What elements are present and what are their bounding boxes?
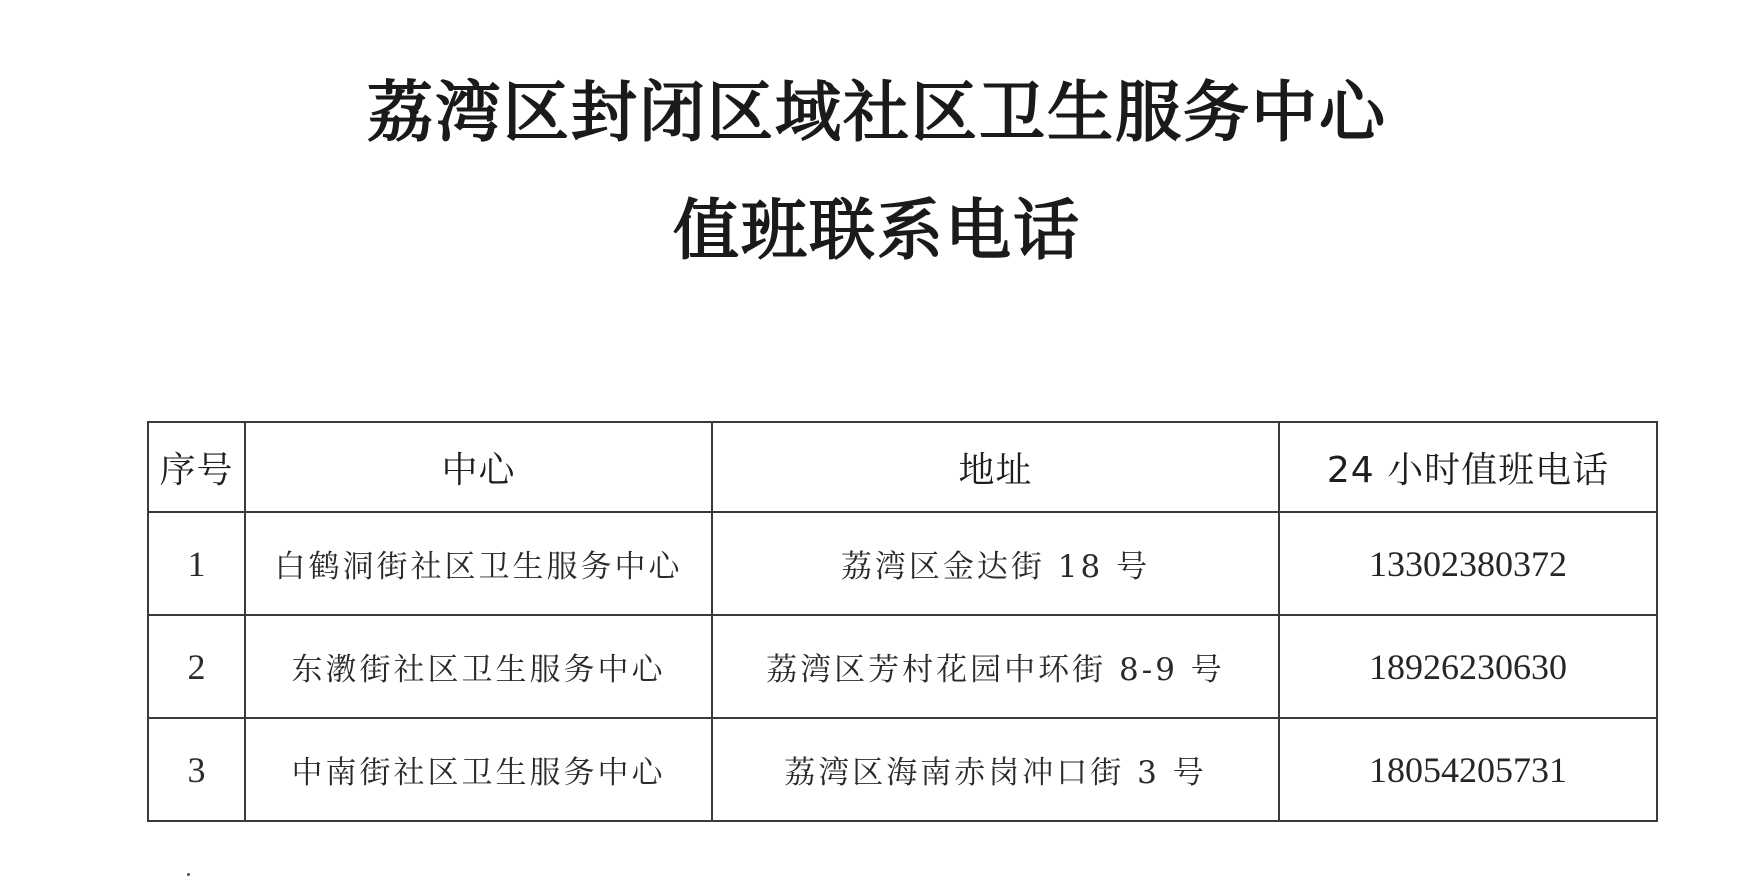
row-center: 东漖街社区卫生服务中心 [245, 615, 712, 718]
table-header-row: 序号 中心 地址 24 小时值班电话 [148, 422, 1657, 512]
header-index: 序号 [148, 422, 245, 512]
document-title-line-2: 值班联系电话 [0, 190, 1754, 270]
row-address: 荔湾区芳村花园中环街 8-9 号 [712, 615, 1279, 718]
row-address: 荔湾区海南赤岗冲口街 3 号 [712, 718, 1279, 821]
table-row: 1 白鹤洞街社区卫生服务中心 荔湾区金达街 18 号 13302380372 [148, 512, 1657, 615]
row-phone: 18926230630 [1279, 615, 1657, 718]
row-center: 白鹤洞街社区卫生服务中心 [245, 512, 712, 615]
document-title-line-1: 荔湾区封闭区域社区卫生服务中心 [0, 72, 1754, 152]
table-row: 2 东漖街社区卫生服务中心 荔湾区芳村花园中环街 8-9 号 189262306… [148, 615, 1657, 718]
row-center: 中南街社区卫生服务中心 [245, 718, 712, 821]
row-index: 2 [148, 615, 245, 718]
row-address: 荔湾区金达街 18 号 [712, 512, 1279, 615]
row-index: 1 [148, 512, 245, 615]
header-center: 中心 [245, 422, 712, 512]
row-index: 3 [148, 718, 245, 821]
header-phone: 24 小时值班电话 [1279, 422, 1657, 512]
table-row: 3 中南街社区卫生服务中心 荔湾区海南赤岗冲口街 3 号 18054205731 [148, 718, 1657, 821]
row-phone: 13302380372 [1279, 512, 1657, 615]
header-address: 地址 [712, 422, 1279, 512]
duty-phone-table: 序号 中心 地址 24 小时值班电话 1 白鹤洞街社区卫生服务中心 荔湾区金达街… [147, 421, 1658, 822]
scan-speck [187, 873, 190, 876]
row-phone: 18054205731 [1279, 718, 1657, 821]
